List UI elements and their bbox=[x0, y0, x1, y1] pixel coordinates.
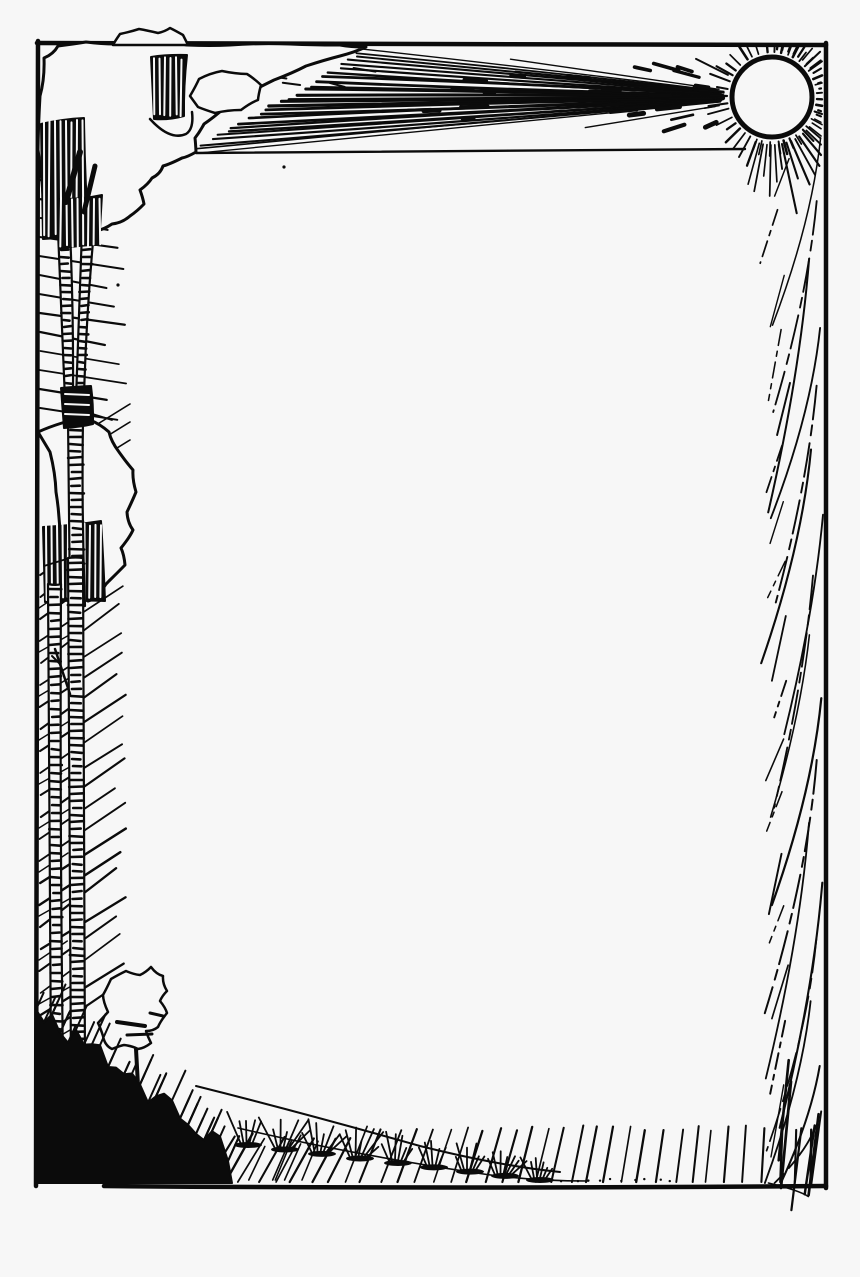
border-illustration: Sun over woodland — decorative pen-and-i… bbox=[0, 0, 860, 1277]
illustration-page: Sun over woodland — decorative pen-and-i… bbox=[0, 0, 860, 1277]
foliage-mid-left bbox=[38, 412, 136, 602]
sun bbox=[708, 47, 822, 213]
tree-foliage-top-left bbox=[38, 28, 366, 249]
tree-trunks-left bbox=[48, 230, 94, 1072]
sun-rays-right bbox=[760, 138, 823, 1210]
